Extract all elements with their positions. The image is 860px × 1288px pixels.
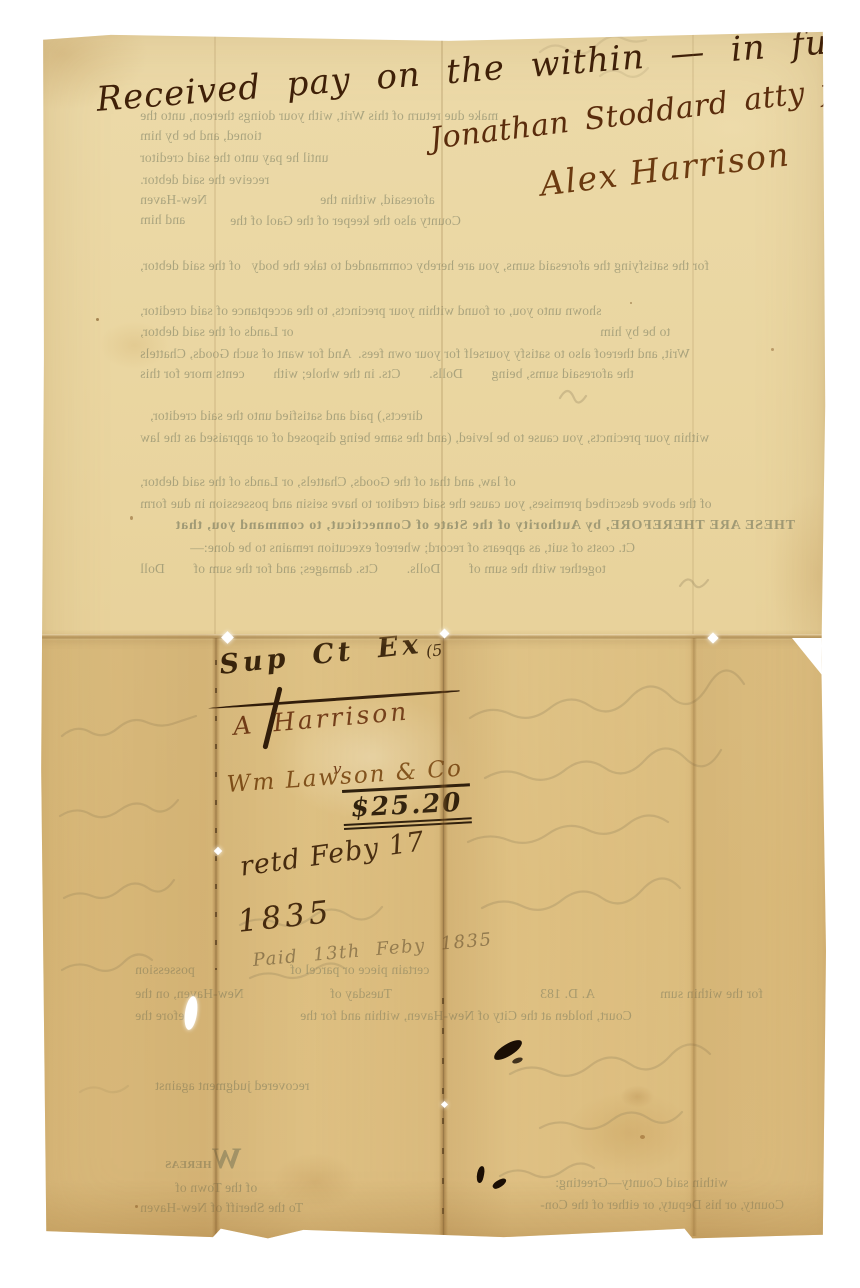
bleedthrough-print-line: within said County—Greeting: — [555, 1175, 728, 1191]
bleedthrough-print-line: before the — [135, 1008, 191, 1024]
dog-ear-notch — [792, 638, 826, 680]
bleedthrough-print-line: for the satisfying the aforesaid sums, y… — [140, 258, 709, 274]
stitch-hole — [441, 1101, 448, 1108]
paper-speck — [771, 348, 774, 351]
vertical-crease-right-lower — [690, 638, 697, 1236]
ink-blot — [475, 1165, 485, 1183]
ink-blot — [511, 1056, 523, 1064]
bleedthrough-print-line: To the Sheriff of New-Haven — [140, 1200, 303, 1216]
bleedthrough-print-line: County, or his Deputy, or either of the … — [540, 1197, 784, 1213]
stitch-hole — [214, 847, 222, 855]
paper-speck — [630, 302, 632, 304]
bleedthrough-print-line: until he pay unto the said creditor — [140, 150, 328, 166]
bleedthrough-print-line: THESE ARE THEREFORE, by Authority of the… — [175, 518, 795, 534]
stitch-marks-center-crease — [442, 998, 444, 1236]
bleedthrough-print-line: aforesaid, within the — [320, 192, 435, 208]
ink-blot — [491, 1176, 507, 1190]
bleedthrough-print-line: for the within sum — [660, 986, 763, 1002]
bleedthrough-print-line: Tuesday of — [330, 986, 392, 1002]
bleedthrough-print-line: or Lands of the said debtor, — [140, 324, 294, 340]
bleedthrough-print-line: shown unto you, or found within your pre… — [140, 303, 601, 319]
docket-year: 1835 — [236, 894, 334, 940]
docket-court-label: Sup Ct Ex — [218, 629, 424, 681]
bleedthrough-print-line: recovered judgment against — [155, 1078, 309, 1094]
stitch-hole — [440, 629, 450, 639]
bleedthrough-print-line: and him — [140, 212, 185, 228]
bleedthrough-print-line: of law, and that of the Goods, Chattels,… — [140, 474, 516, 490]
document-paper: make due return of this Writ, with your … — [40, 30, 826, 1242]
paper-speck — [130, 516, 133, 520]
bleedthrough-print-line: within your precincts, you cause to be l… — [140, 430, 709, 446]
bleedthrough-print-line: the aforesaid sums, being Dolls. Cts. in… — [140, 366, 634, 382]
docket-court-note: (5 — [425, 640, 443, 661]
bleedthrough-print-line: of the Town of — [175, 1180, 257, 1196]
stitch-hole — [221, 631, 234, 644]
bleedthrough-print-line: directs,) paid and satisfied unto the sa… — [150, 408, 423, 424]
docket-amount: $25.20 — [342, 783, 471, 830]
bleedthrough-print-line: New-Haven, on the — [135, 986, 244, 1002]
bleedthrough-print-line: possession — [135, 962, 195, 978]
stitch-marks-left-crease — [215, 660, 217, 970]
photo-background: make due return of this Writ, with your … — [0, 0, 860, 1288]
bleedthrough-print-line: of the above described premises, you cau… — [140, 496, 712, 512]
paper-speck — [96, 318, 99, 321]
docket-plaintiff: A Harrison — [232, 697, 410, 741]
paper-speck — [135, 1205, 138, 1208]
bleedthrough-print-line: together with the sum of Dolls. Cts. dam… — [140, 561, 606, 577]
stitch-hole — [707, 632, 718, 643]
docket-return-note: retd Feby 17 — [238, 826, 427, 883]
bleedthrough-print-line: A. D. 183 — [540, 986, 595, 1002]
bleedthrough-print-line: New-Haven — [140, 192, 207, 208]
bleedthrough-print-line: to be by him — [600, 324, 670, 340]
bleedthrough-print-line: Ct. costs of suit, as appears of record;… — [190, 540, 635, 556]
bleedthrough-print-line: Court, holden at the City of New-Haven, … — [300, 1008, 632, 1024]
bleedthrough-print-line: Writ, and thereof also to satisfy yourse… — [140, 346, 690, 362]
bleedthrough-print-line: Whereas — [165, 1142, 242, 1176]
bleedthrough-print-line: tioned, and be by him — [140, 128, 262, 144]
receipt-line-3: Alex Harrison — [538, 134, 792, 203]
bleedthrough-print-line: County also the keeper of the Gaol of th… — [230, 213, 461, 229]
bleedthrough-print-line: receive the said debtor. — [140, 172, 269, 188]
paper-speck — [640, 1135, 645, 1139]
